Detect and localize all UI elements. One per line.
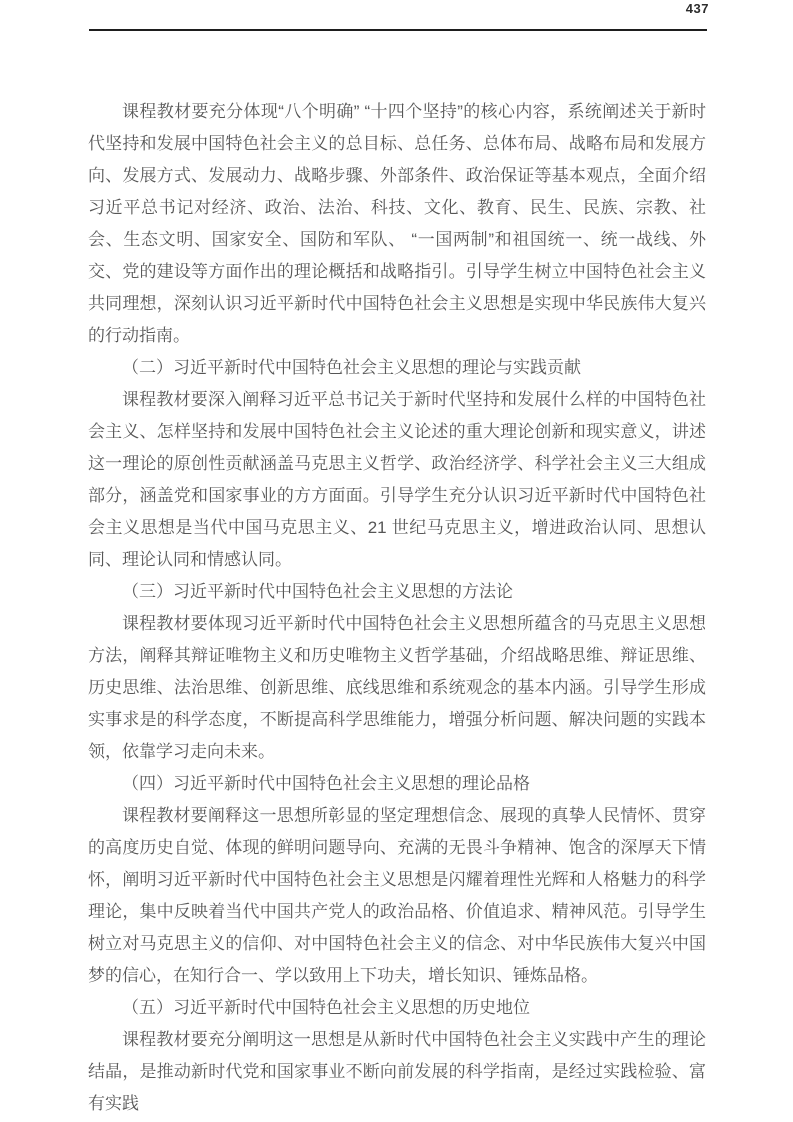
section-heading-5: （五）习近平新时代中国特色社会主义思想的历史地位 [88,992,706,1024]
document-page: 437 课程教材要充分体现“八个明确” “十四个坚持”的核心内容，系统阐述关于新… [0,0,793,1122]
paragraph-section-5: 课程教材要充分阐明这一思想是从新时代中国特色社会主义实践中产生的理论结晶，是推动… [88,1024,706,1120]
header-rule [89,29,707,31]
paragraph-section-4: 课程教材要阐释这一思想所彰显的坚定理想信念、展现的真挚人民情怀、贯穿的高度历史自… [88,800,706,992]
paragraph-section-intro: 课程教材要充分体现“八个明确” “十四个坚持”的核心内容，系统阐述关于新时代坚持… [88,96,706,352]
section-heading-2: （二）习近平新时代中国特色社会主义思想的理论与实践贡献 [88,352,706,384]
paragraph-section-2: 课程教材要深入阐释习近平总书记关于新时代坚持和发展什么样的中国特色社会主义、怎样… [88,384,706,576]
section-heading-3: （三）习近平新时代中国特色社会主义思想的方法论 [88,576,706,608]
section-heading-4: （四）习近平新时代中国特色社会主义思想的理论品格 [88,768,706,800]
page-number: 437 [686,1,709,16]
paragraph-section-3: 课程教材要体现习近平新时代中国特色社会主义思想所蕴含的马克思主义思想方法，阐释其… [88,608,706,768]
document-body: 课程教材要充分体现“八个明确” “十四个坚持”的核心内容，系统阐述关于新时代坚持… [88,96,706,1120]
